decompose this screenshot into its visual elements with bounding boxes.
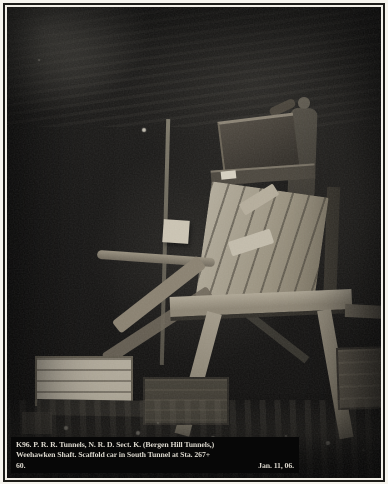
caption-line-1: K96. P. R. R. Tunnels, N. R. D. Sect. K.… (16, 440, 294, 450)
caption-station-number: 60. (16, 461, 25, 471)
beam-extension (345, 304, 381, 319)
tunnel-photograph: K96. P. R. R. Tunnels, N. R. D. Sect. K.… (7, 7, 381, 478)
shelf-highlight (221, 170, 237, 180)
caption-line-2: Weehawken Shaft. Scaffold car in South T… (16, 450, 294, 460)
scanned-photo-page: K96. P. R. R. Tunnels, N. R. D. Sect. K.… (0, 0, 388, 484)
caption-plate: K96. P. R. R. Tunnels, N. R. D. Sect. K.… (11, 437, 299, 473)
debris-specks (7, 7, 9, 9)
caption-date: Jan. 11, 06. (258, 461, 294, 471)
rock-striations (7, 7, 381, 127)
caption-line-3: 60. Jan. 11, 06. (16, 461, 294, 471)
light-block (162, 219, 190, 244)
